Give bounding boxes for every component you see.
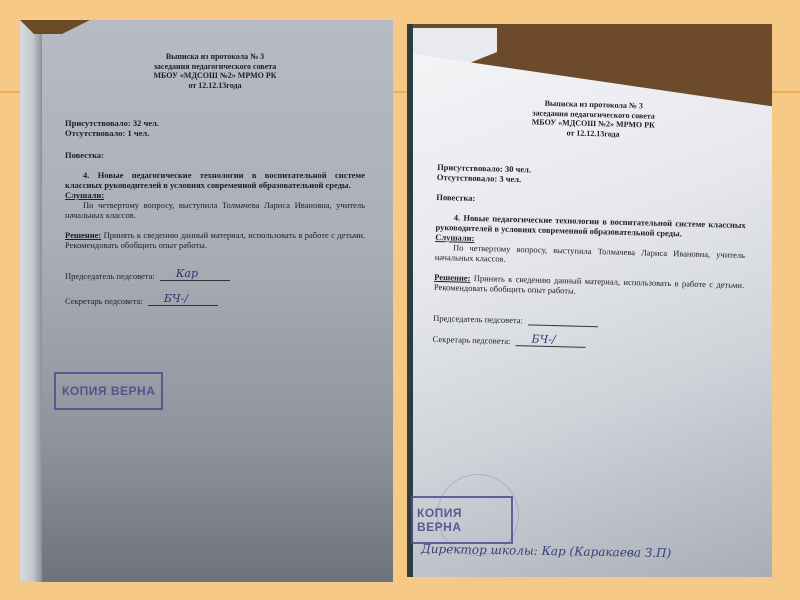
secretary-label: Секретарь педсовета: [65, 296, 143, 306]
header-school: МБОУ «МДСОШ №2» МРМО РК [65, 71, 365, 81]
document-photo-right: Выписка из протокола № 3 заседания педаг… [407, 24, 772, 577]
protocol-page: Выписка из протокола № 3 заседания педаг… [433, 96, 749, 352]
chair-signature-row: Председатель педсовета: Кар [65, 270, 365, 281]
document-photo-left: Выписка из протокола № 3 заседания педаг… [20, 20, 393, 582]
header-title: Выписка из протокола № 3 [65, 52, 365, 62]
header-subtitle: заседания педагогического совета [65, 62, 365, 72]
header-date: от 12.12.13года [65, 81, 365, 91]
protocol-header: Выписка из протокола № 3 заседания педаг… [65, 52, 365, 90]
copy-verified-stamp: КОПИЯ ВЕРНА [411, 496, 513, 544]
heard-text: По четвертому вопросу, выступила Толмаче… [65, 200, 365, 220]
page-shadow [407, 24, 413, 577]
chair-signature: Кар [176, 269, 198, 279]
agenda-item: 4. Новые педагогические технологии в вос… [65, 170, 365, 190]
decision-text: Принять к сведению данный материал, испо… [65, 230, 365, 250]
decision-paragraph: Решение: Принять к сведению данный матер… [65, 230, 365, 250]
page-edge [20, 20, 42, 582]
secretary-signature-row: Секретарь педсовета: БЧ-/ [65, 295, 365, 306]
secretary-signature: БЧ-/ [164, 294, 188, 304]
secretary-label: Секретарь педсовета: [433, 334, 511, 346]
attendance-absent: Отсутствовало: 1 чел. [65, 128, 365, 138]
agenda-label: Повестка: [65, 150, 365, 160]
chair-label: Председатель педсовета: [65, 271, 155, 281]
copy-verified-stamp: КОПИЯ ВЕРНА [54, 372, 163, 410]
protocol-page: Выписка из протокола № 3 заседания педаг… [65, 52, 365, 306]
chair-signature-row: Председатель педсовета: [433, 312, 743, 331]
attendance-present: Присутствовало: 32 чел. [65, 118, 365, 128]
heard-label: Слушали: [65, 190, 365, 200]
chair-label: Председатель педсовета: [433, 313, 523, 325]
secretary-signature: БЧ-/ [531, 335, 555, 346]
decision-label: Решение: [65, 230, 101, 240]
